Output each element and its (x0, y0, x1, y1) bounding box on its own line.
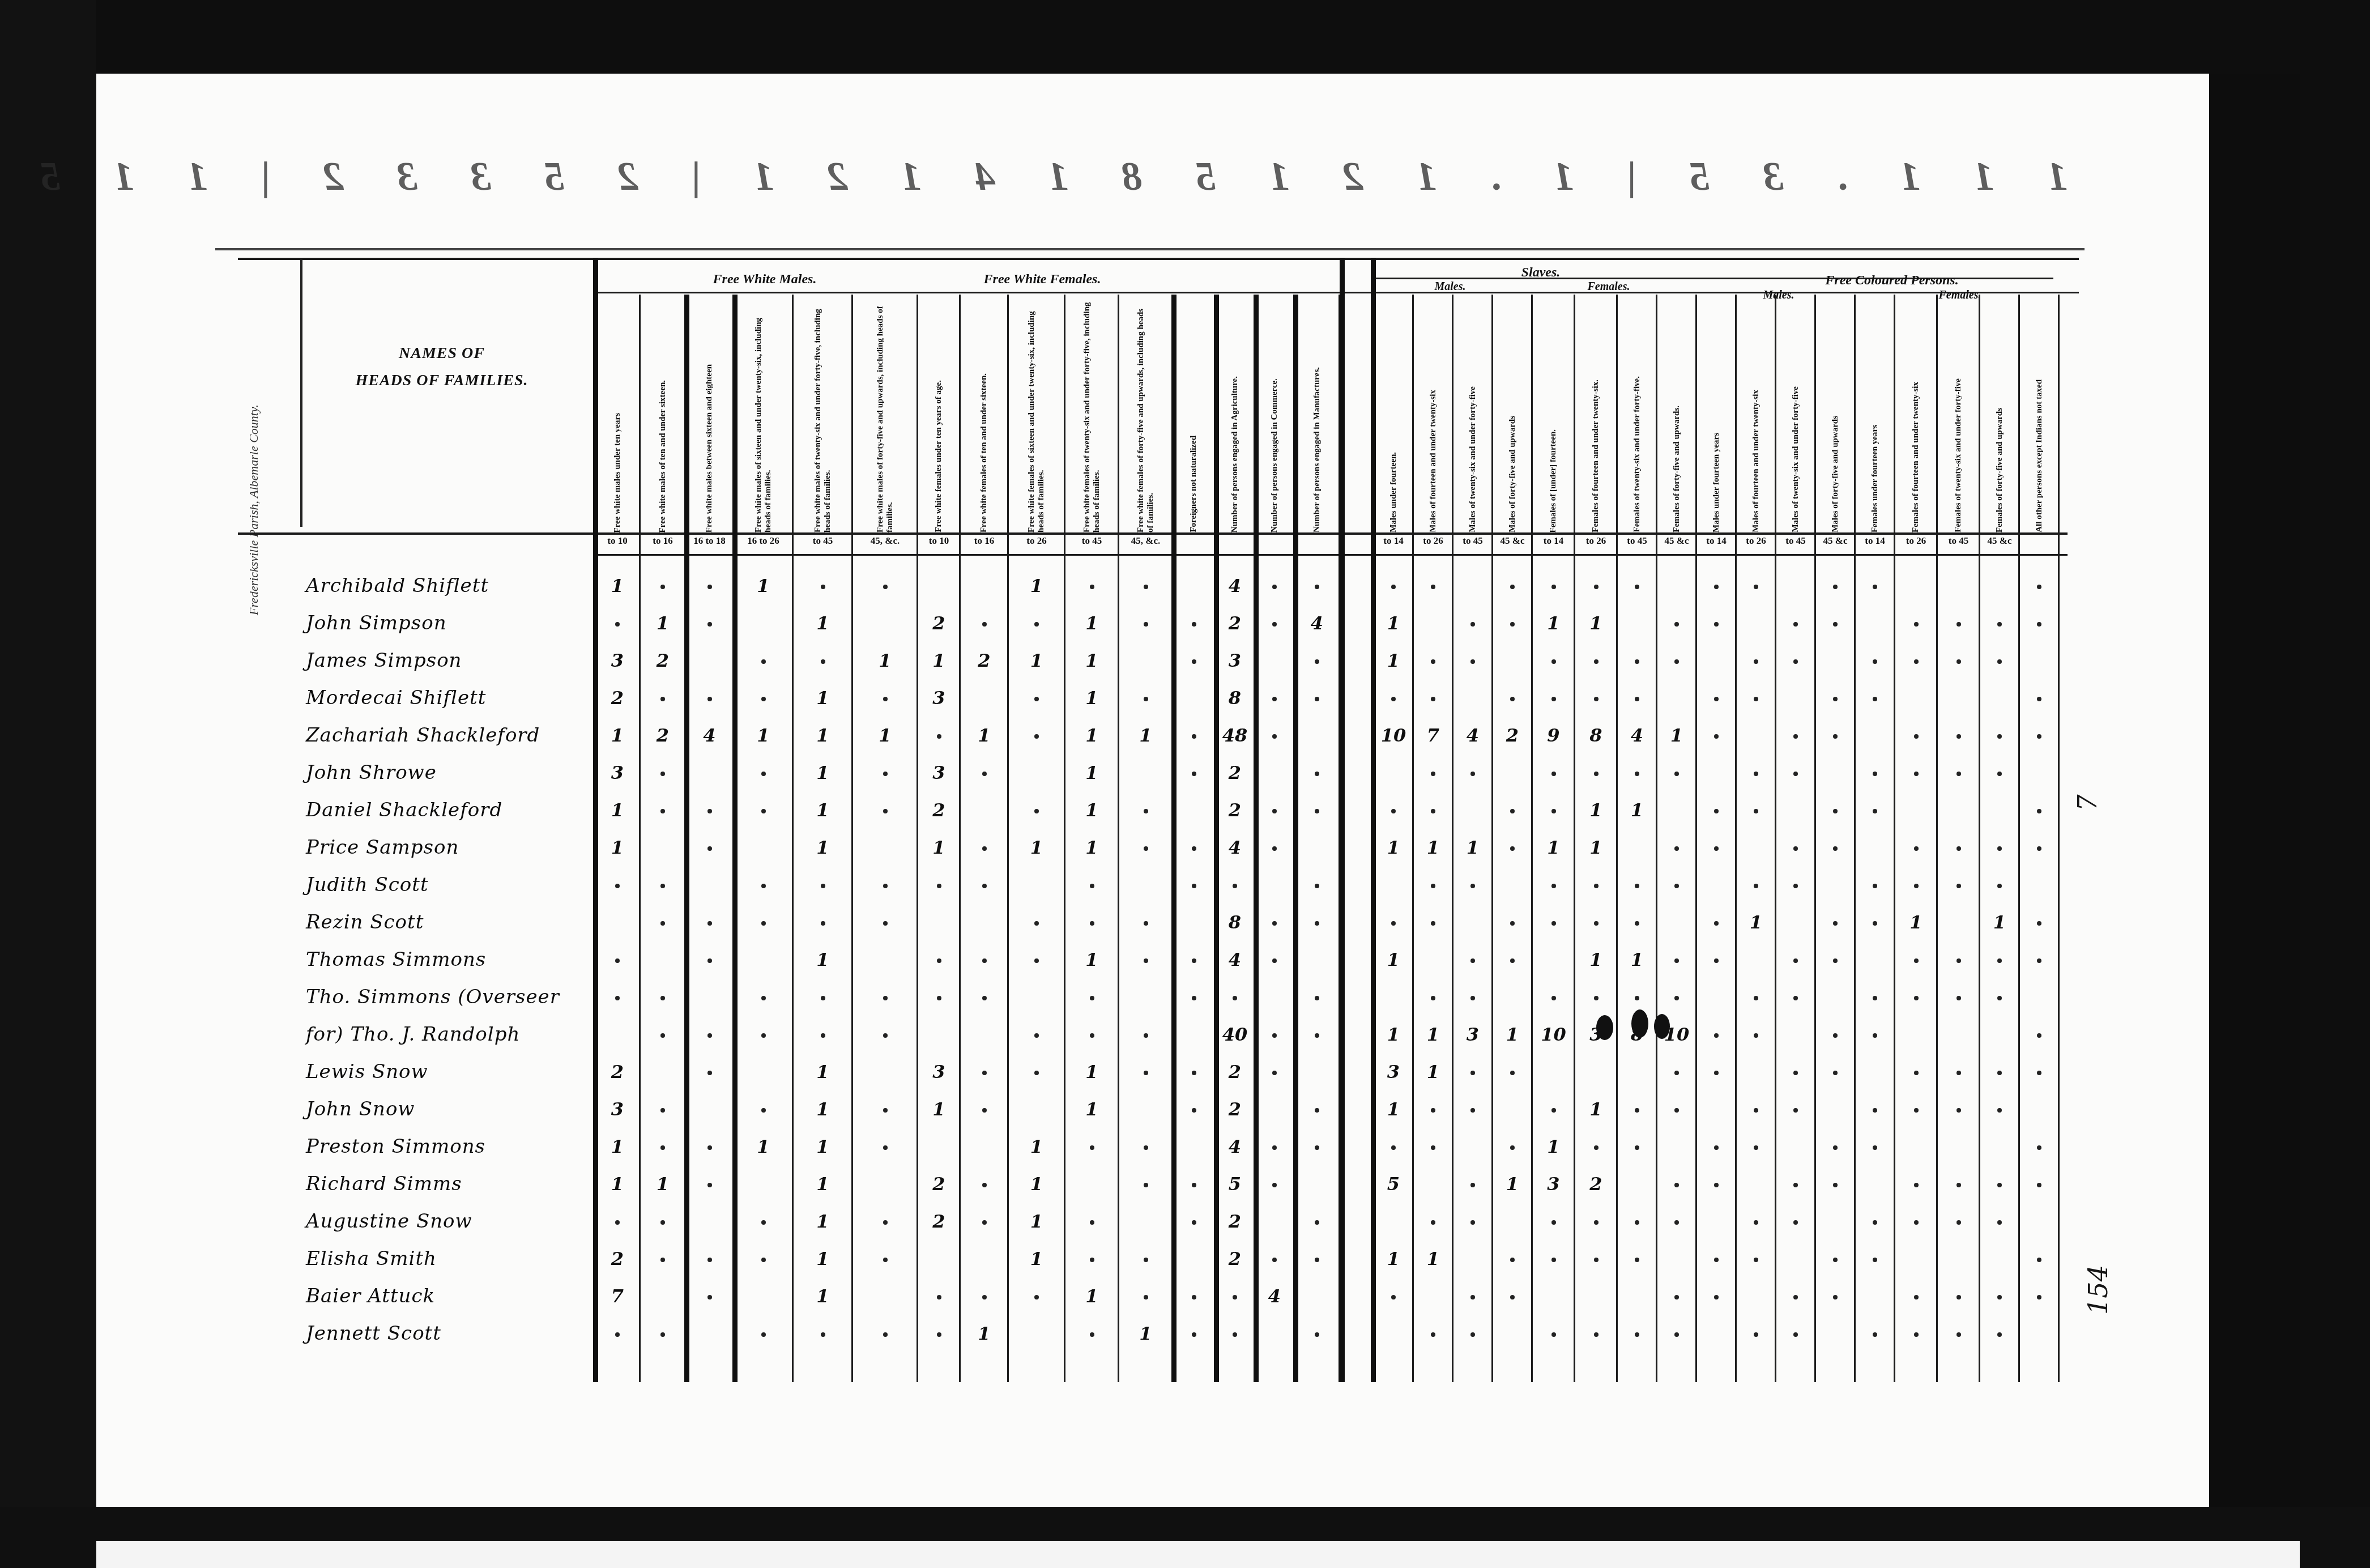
empty-cell-dot (1315, 1033, 1319, 1038)
tally-cell: 1 (793, 1096, 852, 1123)
empty-cell-dot (1714, 1033, 1719, 1038)
group-free-white-males: Free White Males. (651, 272, 878, 287)
tally-cell: 1 (960, 722, 1008, 749)
column-age-range: to 45 (1776, 535, 1815, 553)
tally-cell: 1 (595, 572, 640, 599)
empty-cell-dot (1233, 1295, 1237, 1299)
tally-cell: 1 (918, 1096, 960, 1123)
empty-cell-dot (1431, 1220, 1435, 1225)
empty-cell-dot (982, 1108, 987, 1113)
empty-cell-dot (707, 1295, 712, 1299)
empty-cell-dot (1315, 1220, 1319, 1225)
empty-cell-dot (1315, 585, 1319, 589)
empty-cell-dot (1833, 1295, 1838, 1299)
tally-cell: 2 (1215, 610, 1255, 637)
empty-cell-dot (1674, 1220, 1679, 1225)
empty-cell-dot (1793, 734, 1798, 739)
empty-cell-dot (1510, 846, 1515, 851)
empty-cell-dot (660, 772, 665, 776)
group-slaves-males: Males. (1405, 280, 1495, 293)
empty-cell-dot (1873, 1220, 1877, 1225)
tally-cell: 10 (1374, 722, 1413, 749)
empty-cell-dot (2037, 1145, 2041, 1150)
column-header: Free white females of forty-five and upw… (1119, 295, 1173, 532)
empty-cell-dot (1873, 996, 1877, 1000)
empty-cell-dot (1315, 1332, 1319, 1337)
column-header: Males of forty-five and upwards (1493, 295, 1532, 532)
head-of-family-name: Augustine Snow (306, 1208, 589, 1235)
empty-cell-dot (1391, 1145, 1396, 1150)
empty-cell-dot (1714, 958, 1719, 963)
empty-cell-dot (1315, 772, 1319, 776)
empty-cell-dot (1594, 585, 1599, 589)
column-header-text: Females of forty-five and upwards (1995, 408, 2005, 532)
empty-cell-dot (1997, 734, 2002, 739)
empty-cell-dot (1635, 884, 1639, 888)
empty-cell-dot (1144, 846, 1148, 851)
empty-cell-dot (1714, 1295, 1719, 1299)
tally-cell: 1 (1065, 759, 1119, 786)
empty-cell-dot (1793, 1108, 1798, 1113)
empty-cell-dot (1793, 846, 1798, 851)
empty-cell-dot (1272, 1071, 1277, 1075)
tally-cell: 2 (640, 722, 685, 749)
column-age-range: to 14 (1374, 535, 1413, 553)
empty-cell-dot (1192, 622, 1196, 627)
empty-cell-dot (1914, 659, 1919, 664)
tally-cell: 3 (1453, 1021, 1493, 1048)
empty-cell-dot (1674, 846, 1679, 851)
column-header-text: Males of fourteen and under twenty-six (1751, 390, 1761, 532)
tally-cell: 1 (1617, 946, 1657, 973)
empty-cell-dot (1914, 958, 1919, 963)
tally-cell: 2 (640, 647, 685, 674)
empty-cell-dot (1272, 1145, 1277, 1150)
tally-cell: 3 (1374, 1058, 1413, 1085)
tally-cell: 1 (734, 1133, 793, 1160)
column-age-range: to 14 (1696, 535, 1736, 553)
empty-cell-dot (2037, 697, 2041, 701)
empty-cell-dot (1594, 697, 1599, 701)
empty-cell-dot (1090, 1220, 1094, 1225)
empty-cell-dot (2037, 846, 2041, 851)
tally-cell: 1 (1008, 572, 1065, 599)
empty-cell-dot (1551, 659, 1556, 664)
tally-cell: 1 (1374, 1021, 1413, 1048)
empty-cell-dot (1315, 996, 1319, 1000)
tally-cell: 1 (793, 1133, 852, 1160)
empty-cell-dot (982, 1183, 987, 1187)
empty-cell-dot (1674, 1108, 1679, 1113)
tally-cell: 1 (960, 1320, 1008, 1347)
empty-cell-dot (660, 1332, 665, 1337)
head-of-family-name: James Simpson (306, 647, 589, 674)
tally-cell: 1 (793, 834, 852, 861)
empty-cell-dot (1510, 809, 1515, 813)
empty-cell-dot (1192, 1332, 1196, 1337)
column-header: Females of fourteen and under twenty-six… (1575, 295, 1617, 532)
column-header: Males under fourteen. (1374, 295, 1413, 532)
empty-cell-dot (1551, 921, 1556, 926)
empty-cell-dot (1144, 1071, 1148, 1075)
tally-cell: 1 (1413, 1245, 1453, 1272)
tally-cell: 48 (1215, 722, 1255, 749)
column-header: Females under fourteen years (1855, 295, 1895, 532)
empty-cell-dot (660, 1258, 665, 1262)
column-age-range: to 10 (918, 535, 960, 553)
empty-cell-dot (1144, 1295, 1148, 1299)
empty-cell-dot (1754, 1258, 1758, 1262)
empty-cell-dot (1997, 958, 2002, 963)
tally-cell: 2 (960, 647, 1008, 674)
empty-cell-dot (1714, 809, 1719, 813)
empty-cell-dot (1793, 884, 1798, 888)
empty-cell-dot (1997, 1332, 2002, 1337)
empty-cell-dot (1914, 1295, 1919, 1299)
empty-cell-dot (1192, 1071, 1196, 1075)
empty-cell-dot (761, 1033, 766, 1038)
empty-cell-dot (1594, 659, 1599, 664)
empty-cell-dot (1144, 809, 1148, 813)
tally-cell: 4 (1617, 722, 1657, 749)
empty-cell-dot (883, 1033, 888, 1038)
column-age-range: 16 to 18 (685, 535, 734, 553)
empty-cell-dot (1754, 659, 1758, 664)
column-header-text: Males of forty-five and upwards (1508, 416, 1518, 532)
empty-cell-dot (1754, 1108, 1758, 1113)
empty-cell-dot (1997, 846, 2002, 851)
bleed-through-text: 1 1 1 . 3 5 | 1 . 1 2 1 5 8 1 4 1 2 1 | … (566, 153, 2068, 221)
column-age-range: to 16 (960, 535, 1008, 553)
empty-cell-dot (1997, 659, 2002, 664)
column-age-range: to 26 (1575, 535, 1617, 553)
empty-cell-dot (1090, 1258, 1094, 1262)
empty-cell-dot (1674, 1332, 1679, 1337)
column-header: Free white females of ten and under sixt… (960, 295, 1008, 532)
empty-cell-dot (1674, 659, 1679, 664)
column-age-range: to 45 (1617, 535, 1657, 553)
tally-cell: 1 (793, 610, 852, 637)
empty-cell-dot (1470, 1108, 1475, 1113)
empty-cell-dot (1956, 1071, 1961, 1075)
empty-cell-dot (1594, 996, 1599, 1000)
empty-cell-dot (1470, 1220, 1475, 1225)
empty-cell-dot (1793, 1332, 1798, 1337)
tally-cell: 1 (1065, 834, 1119, 861)
column-header-text: Females of forty-five and upwards. (1672, 406, 1682, 532)
empty-cell-dot (1674, 772, 1679, 776)
empty-cell-dot (615, 958, 620, 963)
empty-cell-dot (660, 1145, 665, 1150)
names-header-line-1: NAMES OF (300, 340, 583, 367)
column-header-text: Females under fourteen years (1870, 425, 1880, 532)
column-header-text: Number of persons engaged in Agriculture… (1230, 376, 1240, 532)
empty-cell-dot (1873, 697, 1877, 701)
empty-cell-dot (1873, 585, 1877, 589)
empty-cell-dot (1674, 996, 1679, 1000)
tally-cell: 1 (1532, 1133, 1575, 1160)
empty-cell-dot (615, 1332, 620, 1337)
tally-cell: 4 (1453, 722, 1493, 749)
tally-cell: 1 (1736, 909, 1776, 936)
tally-cell: 1 (1895, 909, 1937, 936)
column-header: Females of [under] fourteen. (1532, 295, 1575, 532)
empty-cell-dot (707, 622, 712, 627)
empty-cell-dot (1793, 1183, 1798, 1187)
empty-cell-dot (1315, 1108, 1319, 1113)
column-age-range: 45, &c. (852, 535, 918, 553)
empty-cell-dot (660, 1033, 665, 1038)
empty-cell-dot (1315, 1145, 1319, 1150)
empty-cell-dot (1272, 809, 1277, 813)
empty-cell-dot (660, 697, 665, 701)
tally-cell: 9 (1532, 722, 1575, 749)
empty-cell-dot (2037, 1071, 2041, 1075)
empty-cell-dot (1192, 659, 1196, 664)
empty-cell-dot (1833, 734, 1838, 739)
empty-cell-dot (821, 996, 825, 1000)
empty-cell-dot (1754, 809, 1758, 813)
empty-cell-dot (982, 884, 987, 888)
empty-cell-dot (1635, 996, 1639, 1000)
empty-cell-dot (1551, 772, 1556, 776)
empty-cell-dot (1510, 1145, 1515, 1150)
empty-cell-dot (761, 996, 766, 1000)
empty-cell-dot (1551, 1332, 1556, 1337)
empty-cell-dot (660, 921, 665, 926)
column-header-text: Free white females of sixteen and under … (1027, 300, 1046, 532)
empty-cell-dot (1551, 585, 1556, 589)
tally-cell: 1 (1119, 722, 1173, 749)
empty-cell-dot (1034, 958, 1039, 963)
empty-cell-dot (1431, 996, 1435, 1000)
next-page-edge (96, 1541, 2300, 1568)
empty-cell-dot (1914, 996, 1919, 1000)
tally-cell: 1 (1493, 1021, 1532, 1048)
empty-cell-dot (761, 1258, 766, 1262)
empty-cell-dot (1594, 921, 1599, 926)
empty-cell-dot (1635, 921, 1639, 926)
tally-cell: 2 (918, 1170, 960, 1198)
column-header-text: Males under fourteen. (1389, 452, 1399, 532)
tally-cell: 2 (595, 1245, 640, 1272)
empty-cell-dot (1956, 1108, 1961, 1113)
empty-cell-dot (1144, 697, 1148, 701)
empty-cell-dot (1090, 996, 1094, 1000)
empty-cell-dot (1431, 1145, 1435, 1150)
empty-cell-dot (1793, 772, 1798, 776)
empty-cell-dot (1873, 809, 1877, 813)
empty-cell-dot (1315, 697, 1319, 701)
tally-cell: 1 (793, 1208, 852, 1235)
empty-cell-dot (883, 585, 888, 589)
column-header-text: Males under fourteen years (1712, 433, 1721, 532)
column-header-text: Free white females of ten and under sixt… (979, 373, 989, 532)
head-of-family-name: John Simpson (306, 610, 589, 637)
column-header-text: Free white males between sixteen and eig… (705, 364, 714, 532)
tally-cell: 1 (1413, 1021, 1453, 1048)
tally-cell: 1 (793, 684, 852, 711)
head-of-family-name: Richard Simms (306, 1170, 589, 1198)
head-of-family-name: Judith Scott (306, 871, 589, 898)
empty-cell-dot (1315, 884, 1319, 888)
head-of-family-name: Thomas Simmons (306, 946, 589, 973)
tally-cell: 3 (595, 1096, 640, 1123)
empty-cell-dot (1192, 1220, 1196, 1225)
column-header-text: Males of twenty-six and under forty-five (1791, 386, 1801, 532)
empty-cell-dot (1391, 809, 1396, 813)
column-header-text: Number of persons engaged in Commerce. (1270, 378, 1280, 532)
section-rule (1340, 258, 1345, 1382)
empty-cell-dot (660, 585, 665, 589)
tally-cell: 7 (1413, 722, 1453, 749)
empty-cell-dot (1594, 1145, 1599, 1150)
ink-blot (1654, 1014, 1670, 1039)
empty-cell-dot (1034, 1071, 1039, 1075)
empty-cell-dot (1914, 846, 1919, 851)
empty-cell-dot (1431, 1332, 1435, 1337)
column-header-text: Males of fourteen and under twenty-six (1429, 390, 1438, 532)
tally-cell: 1 (1374, 647, 1413, 674)
empty-cell-dot (1594, 1258, 1599, 1262)
empty-cell-dot (1315, 1258, 1319, 1262)
empty-cell-dot (883, 697, 888, 701)
tally-cell: 1 (852, 647, 918, 674)
group-slaves: Slaves. (1484, 265, 1597, 280)
column-age-range (1255, 535, 1294, 553)
empty-cell-dot (1090, 884, 1094, 888)
column-header: Males of fourteen and under twenty-six (1736, 295, 1776, 532)
tally-cell: 4 (1215, 572, 1255, 599)
empty-cell-dot (1272, 1183, 1277, 1187)
tally-cell: 2 (1215, 1096, 1255, 1123)
tally-cell: 4 (1215, 1133, 1255, 1160)
column-age-range (1173, 535, 1215, 553)
empty-cell-dot (1510, 958, 1515, 963)
empty-cell-dot (1956, 1220, 1961, 1225)
empty-cell-dot (707, 1183, 712, 1187)
empty-cell-dot (1997, 884, 2002, 888)
empty-cell-dot (1144, 1183, 1148, 1187)
empty-cell-dot (1754, 697, 1758, 701)
names-header-line-2: HEADS OF FAMILIES. (300, 367, 583, 394)
empty-cell-dot (1192, 1295, 1196, 1299)
scan-border-left (0, 0, 96, 1568)
column-header: Free white males of twenty-six and under… (793, 295, 852, 532)
column-header: Males of fourteen and under twenty-six (1413, 295, 1453, 532)
empty-cell-dot (1090, 1332, 1094, 1337)
head-of-family-name: Daniel Shackleford (306, 796, 589, 824)
group-free-white-females: Free White Females. (952, 272, 1133, 287)
column-age-range: to 16 (640, 535, 685, 553)
empty-cell-dot (1714, 1258, 1719, 1262)
column-header-text: Free white males of ten and under sixtee… (658, 380, 668, 532)
empty-cell-dot (2037, 1258, 2041, 1262)
column-header-text: Females of twenty-six and under forty-fi… (1954, 378, 1963, 532)
empty-cell-dot (707, 846, 712, 851)
column-header: Males of forty-five and upwards (1815, 295, 1855, 532)
empty-cell-dot (883, 809, 888, 813)
column-age-range: 45 &c (1815, 535, 1855, 553)
column-age-range (1215, 535, 1255, 553)
tally-cell: 1 (595, 1170, 640, 1198)
tally-cell: 1 (1575, 1096, 1617, 1123)
tally-cell: 1 (1065, 796, 1119, 824)
empty-cell-dot (883, 1145, 888, 1150)
empty-cell-dot (2037, 1183, 2041, 1187)
column-header: Free white males under ten years (595, 295, 640, 532)
empty-cell-dot (2037, 809, 2041, 813)
empty-cell-dot (1315, 921, 1319, 926)
column-header: Females of fourteen and under twenty-six (1895, 295, 1937, 532)
empty-cell-dot (1431, 772, 1435, 776)
header-bottom-rule (238, 532, 2068, 535)
empty-cell-dot (1997, 1183, 2002, 1187)
empty-cell-dot (1510, 622, 1515, 627)
tally-cell: 1 (640, 1170, 685, 1198)
empty-cell-dot (1551, 1258, 1556, 1262)
head-of-family-name: Mordecai Shiflett (306, 684, 589, 711)
empty-cell-dot (615, 622, 620, 627)
empty-cell-dot (1873, 1033, 1877, 1038)
empty-cell-dot (1754, 772, 1758, 776)
empty-cell-dot (1090, 1145, 1094, 1150)
empty-cell-dot (1714, 1071, 1719, 1075)
tally-cell: 1 (793, 722, 852, 749)
empty-cell-dot (707, 1145, 712, 1150)
empty-cell-dot (1510, 1071, 1515, 1075)
empty-cell-dot (883, 996, 888, 1000)
empty-cell-dot (1594, 1332, 1599, 1337)
empty-cell-dot (1470, 1295, 1475, 1299)
empty-cell-dot (1873, 1108, 1877, 1113)
empty-cell-dot (707, 1033, 712, 1038)
tally-cell: 2 (595, 684, 640, 711)
empty-cell-dot (660, 884, 665, 888)
empty-cell-dot (1793, 659, 1798, 664)
head-of-family-name: Baier Attuck (306, 1282, 589, 1310)
tally-cell: 1 (1008, 1208, 1065, 1235)
empty-cell-dot (761, 1108, 766, 1113)
empty-cell-dot (1833, 1258, 1838, 1262)
tally-cell: 2 (1215, 1058, 1255, 1085)
tally-cell: 4 (1215, 946, 1255, 973)
empty-cell-dot (1144, 622, 1148, 627)
empty-cell-dot (1997, 1071, 2002, 1075)
head-of-family-name: John Shrowe (306, 759, 589, 786)
empty-cell-dot (1674, 958, 1679, 963)
empty-cell-dot (1470, 622, 1475, 627)
column-header: Free white females of sixteen and under … (1008, 295, 1065, 532)
empty-cell-dot (883, 1108, 888, 1113)
tally-cell: 1 (595, 796, 640, 824)
tally-cell: 1 (1453, 834, 1493, 861)
empty-cell-dot (1470, 884, 1475, 888)
empty-cell-dot (1914, 1108, 1919, 1113)
tally-cell: 1 (793, 796, 852, 824)
empty-cell-dot (1793, 1220, 1798, 1225)
empty-cell-dot (1635, 772, 1639, 776)
tally-cell: 8 (1575, 722, 1617, 749)
empty-cell-dot (1956, 846, 1961, 851)
ink-blot (1596, 1015, 1613, 1040)
empty-cell-dot (883, 884, 888, 888)
empty-cell-dot (883, 921, 888, 926)
empty-cell-dot (1470, 659, 1475, 664)
empty-cell-dot (821, 659, 825, 664)
empty-cell-dot (1956, 884, 1961, 888)
column-header: Females of twenty-six and under forty-fi… (1617, 295, 1657, 532)
